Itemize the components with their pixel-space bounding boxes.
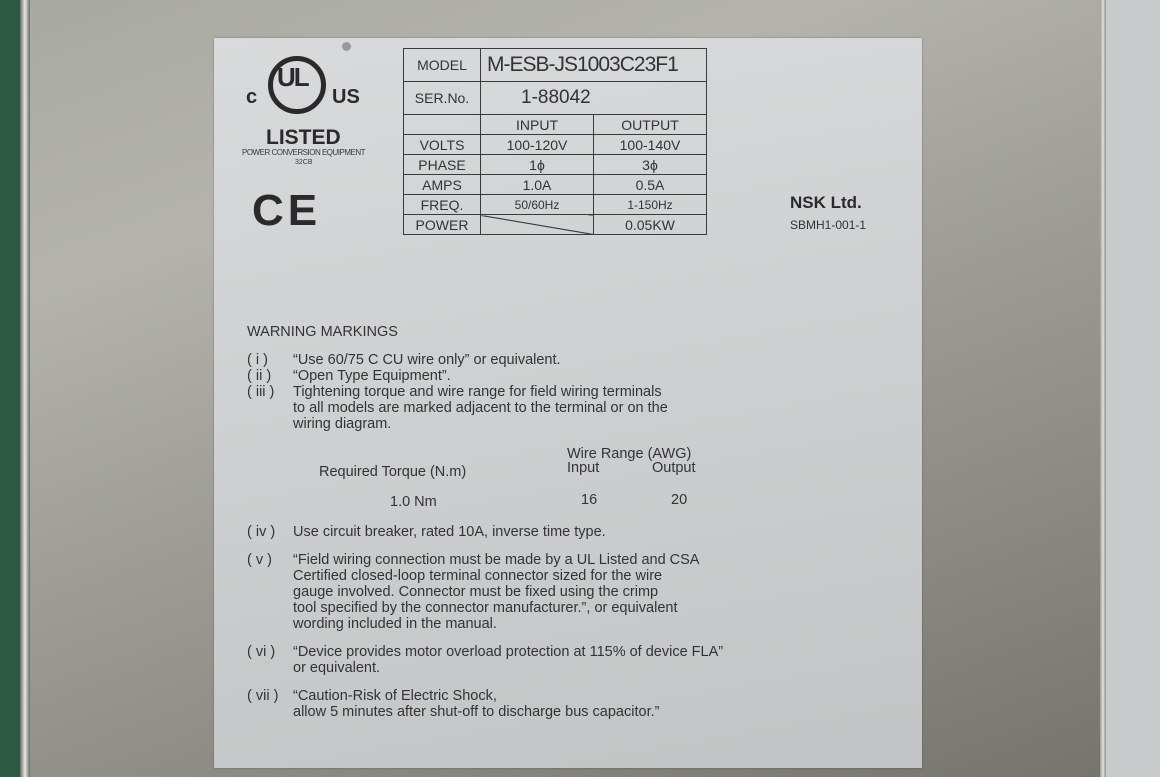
ul-listed-text: LISTED — [266, 126, 341, 150]
warning-number: ( ii ) — [247, 368, 293, 384]
ul-listed-logo: c UL US LISTED POWER CONVERSION EQUIPMEN… — [232, 48, 372, 158]
ul-c-prefix: c — [246, 86, 257, 109]
spec-output: 0.05KW — [594, 215, 707, 235]
model-row: MODEL M-ESB-JS1003C23F1 — [404, 49, 707, 82]
spec-output: 3ϕ — [594, 155, 707, 175]
warning-number: ( v ) — [247, 552, 293, 632]
ul-category-code: 32CB — [295, 159, 313, 166]
spec-row-volts: VOLTS 100-120V 100-140V — [404, 135, 707, 155]
spec-output: 100-140V — [594, 135, 707, 155]
ul-us-suffix: US — [332, 86, 360, 109]
spec-label: PHASE — [404, 155, 481, 175]
spec-row-freq: FREQ. 50/60Hz 1-150Hz — [404, 195, 707, 215]
spec-row-amps: AMPS 1.0A 0.5A — [404, 175, 707, 195]
wire-input-value: 16 — [581, 492, 597, 508]
spec-input: 50/60Hz — [481, 195, 594, 215]
warning-number: ( vii ) — [247, 688, 293, 720]
warning-number: ( iv ) — [247, 524, 293, 540]
warning-number: ( iii ) — [247, 384, 293, 432]
spec-input: 1ϕ — [481, 155, 594, 175]
spec-input: 1.0A — [481, 175, 594, 195]
model-label: MODEL — [404, 49, 481, 82]
warning-title: WARNING MARKINGS — [247, 324, 847, 340]
warning-text: “Caution-Risk of Electric Shock, allow 5… — [293, 688, 659, 720]
warning-text: Use circuit breaker, rated 10A, inverse … — [293, 524, 606, 540]
wire-input-header: Input — [567, 460, 599, 476]
warning-item: ( iii ) Tightening torque and wire range… — [247, 384, 847, 432]
header-blank — [404, 115, 481, 135]
warning-text: “Use 60/75 C CU wire only” or equivalent… — [293, 352, 561, 368]
warning-item: ( v ) “Field wiring connection must be m… — [247, 552, 847, 632]
warning-item: ( vii ) “Caution-Risk of Electric Shock,… — [247, 688, 847, 720]
ce-mark-icon: CE — [252, 186, 321, 236]
warning-text: “Device provides motor overload protecti… — [293, 644, 723, 676]
spec-label: FREQ. — [404, 195, 481, 215]
torque-table: Wire Range (AWG) Required Torque (N.m) I… — [247, 440, 847, 502]
warning-text: “Field wiring connection must be made by… — [293, 552, 699, 632]
serial-row: SER.No. 1-88042 — [404, 82, 707, 115]
spec-row-power: POWER 0.05KW — [404, 215, 707, 235]
input-header: INPUT — [481, 115, 594, 135]
wire-output-header: Output — [652, 460, 696, 476]
green-background-edge — [0, 0, 20, 777]
spec-output: 0.5A — [594, 175, 707, 195]
torque-header: Required Torque (N.m) — [319, 464, 466, 480]
warning-number: ( i ) — [247, 352, 293, 368]
spec-label: VOLTS — [404, 135, 481, 155]
spec-output: 1-150Hz — [594, 195, 707, 215]
warning-item: ( i ) “Use 60/75 C CU wire only” or equi… — [247, 352, 847, 368]
spec-input: 100-120V — [481, 135, 594, 155]
chrome-frame-edge — [20, 0, 30, 777]
warning-item: ( ii ) “Open Type Equipment”. — [247, 368, 847, 384]
background-wall — [1106, 0, 1160, 777]
spec-input-slashed — [481, 215, 594, 235]
spec-table: MODEL M-ESB-JS1003C23F1 SER.No. 1-88042 … — [403, 48, 707, 235]
output-header: OUTPUT — [594, 115, 707, 135]
ul-category: POWER CONVERSION EQUIPMENT — [242, 148, 365, 157]
header-row: INPUT OUTPUT — [404, 115, 707, 135]
warning-item: ( iv ) Use circuit breaker, rated 10A, i… — [247, 524, 847, 540]
warning-markings: WARNING MARKINGS ( i ) “Use 60/75 C CU w… — [247, 324, 847, 720]
spec-row-phase: PHASE 1ϕ 3ϕ — [404, 155, 707, 175]
ul-mark: UL — [277, 62, 308, 93]
wire-output-value: 20 — [671, 492, 687, 508]
serial-label: SER.No. — [404, 82, 481, 115]
manufacturer-name: NSK Ltd. — [790, 193, 862, 213]
rating-label: c UL US LISTED POWER CONVERSION EQUIPMEN… — [214, 38, 922, 768]
warning-text: Tightening torque and wire range for fie… — [293, 384, 668, 432]
torque-value: 1.0 Nm — [390, 494, 437, 510]
warning-text: “Open Type Equipment”. — [293, 368, 451, 384]
model-value: M-ESB-JS1003C23F1 — [481, 49, 707, 82]
manufacturer-part-code: SBMH1-001-1 — [790, 218, 866, 232]
warning-item: ( vi ) “Device provides motor overload p… — [247, 644, 847, 676]
warning-number: ( vi ) — [247, 644, 293, 676]
serial-value: 1-88042 — [481, 82, 707, 115]
spec-label: POWER — [404, 215, 481, 235]
spec-label: AMPS — [404, 175, 481, 195]
